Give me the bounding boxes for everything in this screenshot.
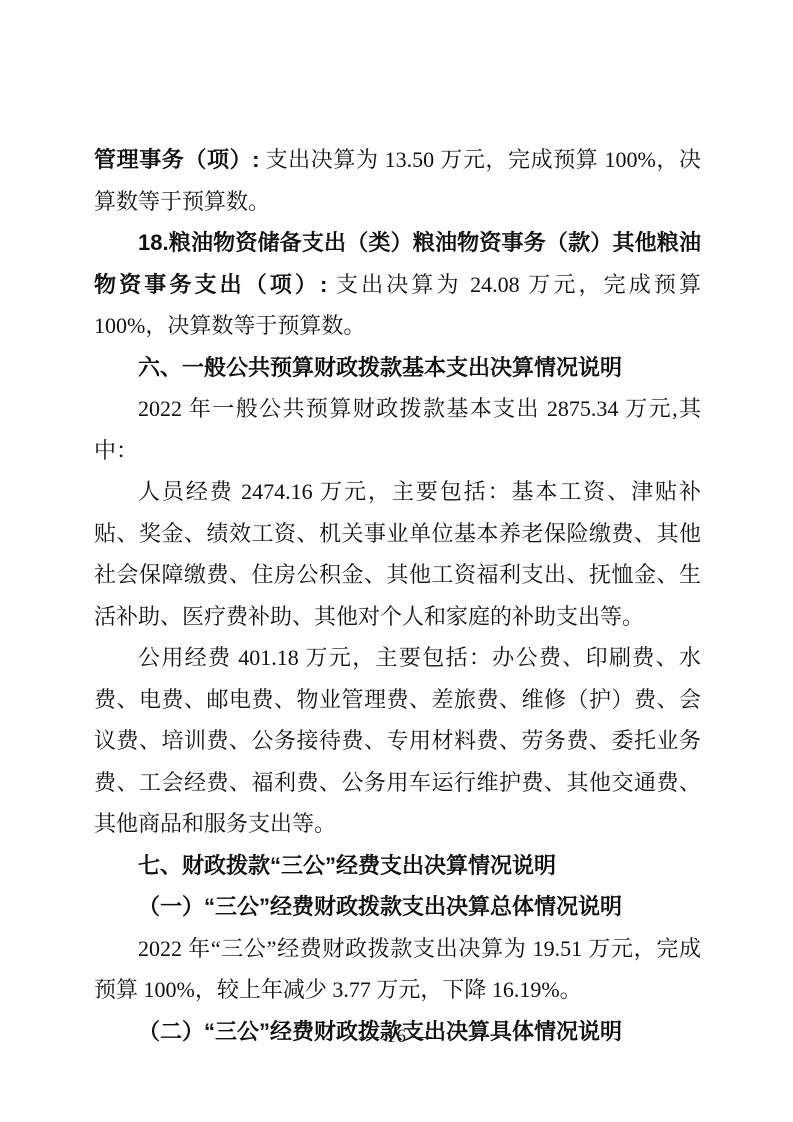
paragraph-item17-lead: 管理事务（项）: bbox=[94, 147, 259, 172]
paragraph-item17-continuation: 管理事务（项）: 支出决算为 13.50 万元，完成预算 100%，决算数等于预… bbox=[94, 139, 701, 222]
section-heading-7: 七、财政拨款“三公”经费支出决算情况说明 bbox=[94, 845, 701, 887]
section-heading-6: 六、一般公共预算财政拨款基本支出决算情况说明 bbox=[94, 347, 701, 389]
paragraph-item18: 18.粮油物资储备支出（类）粮油物资事务（款）其他粮油物资事务支出（项）: 支出… bbox=[94, 222, 701, 347]
paragraph-personnel-expense: 人员经费 2474.16 万元，主要包括：基本工资、津贴补贴、奖金、绩效工资、机… bbox=[94, 471, 701, 637]
page-number: — 16 — bbox=[0, 1026, 793, 1048]
paragraph-basic-expense-total: 2022 年一般公共预算财政拨款基本支出 2875.34 万元,其中： bbox=[94, 388, 701, 471]
document-body: 管理事务（项）: 支出决算为 13.50 万元，完成预算 100%，决算数等于预… bbox=[94, 139, 701, 1052]
paragraph-three-public-funds-total: 2022 年“三公”经费财政拨款支出决算为 19.51 万元，完成预算 100%… bbox=[94, 928, 701, 1011]
paragraph-public-expense: 公用经费 401.18 万元，主要包括：办公费、印刷费、水费、电费、邮电费、物业… bbox=[94, 637, 701, 845]
subsection-heading-7-1: （一）“三公”经费财政拨款支出决算总体情况说明 bbox=[94, 886, 701, 928]
document-page: 管理事务（项）: 支出决算为 13.50 万元，完成预算 100%，决算数等于预… bbox=[0, 0, 793, 1122]
